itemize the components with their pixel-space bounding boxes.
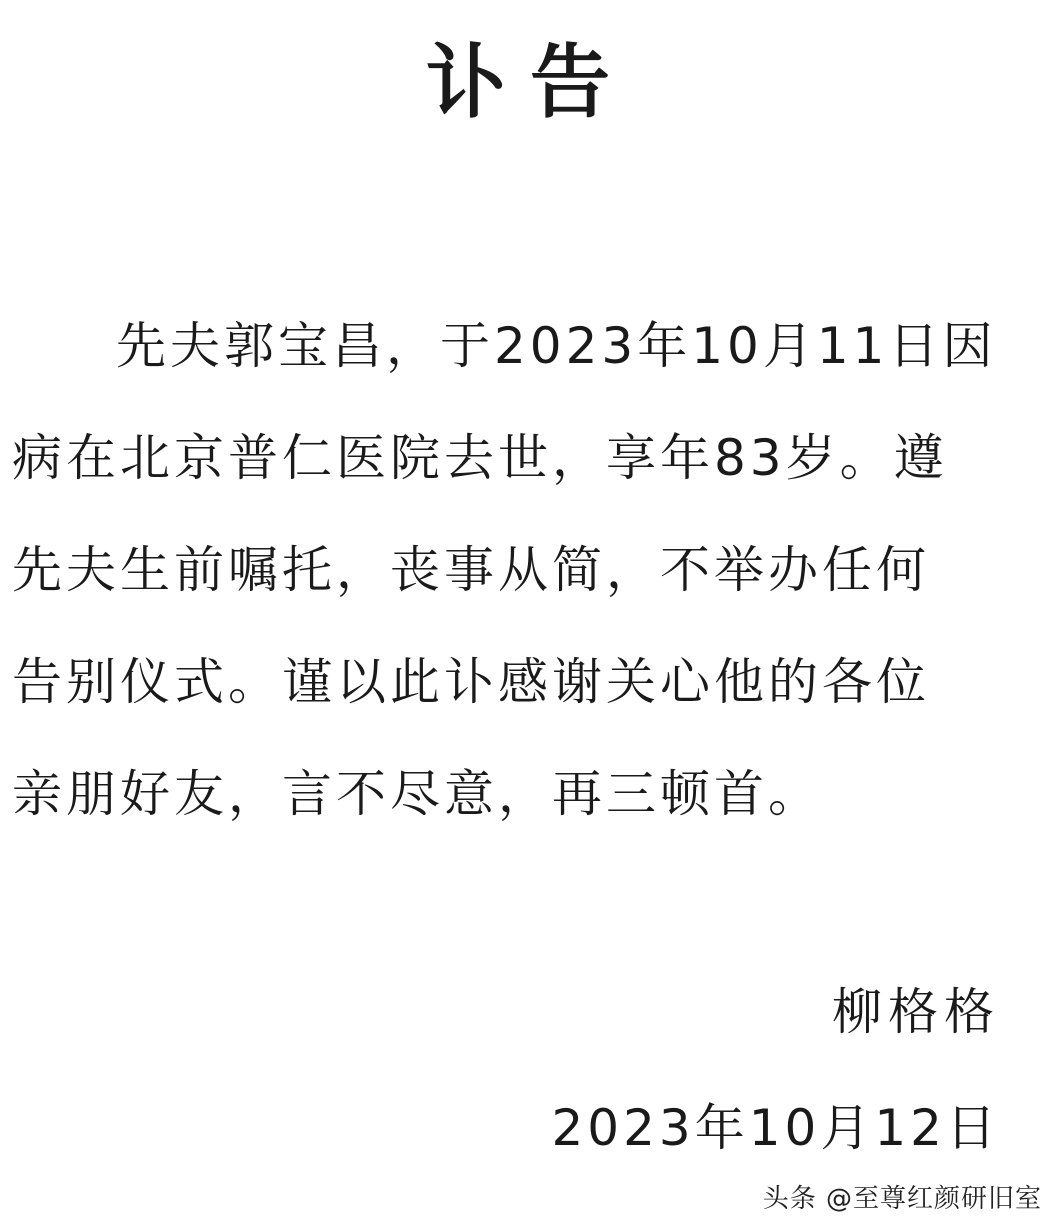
body-line: 亲朋好友，言不尽意，再三顿首。	[12, 738, 1042, 850]
obituary-body: 先夫郭宝昌，于2023年10月11日因 病在北京普仁医院去世，享年83岁。遵 先…	[12, 290, 1042, 850]
body-line: 先夫生前嘱托，丧事从简，不举办任何	[12, 514, 1042, 626]
body-line: 告别仪式。谨以此讣感谢关心他的各位	[12, 626, 1042, 738]
page-title: 讣告	[0, 38, 1060, 128]
signature: 柳格格	[832, 972, 1000, 1044]
body-line: 病在北京普仁医院去世，享年83岁。遵	[12, 402, 1042, 514]
date: 2023年10月12日	[552, 1088, 1001, 1160]
body-line: 先夫郭宝昌，于2023年10月11日因	[12, 290, 1042, 402]
watermark: 头条 @至尊红颜研旧室	[763, 1178, 1042, 1215]
